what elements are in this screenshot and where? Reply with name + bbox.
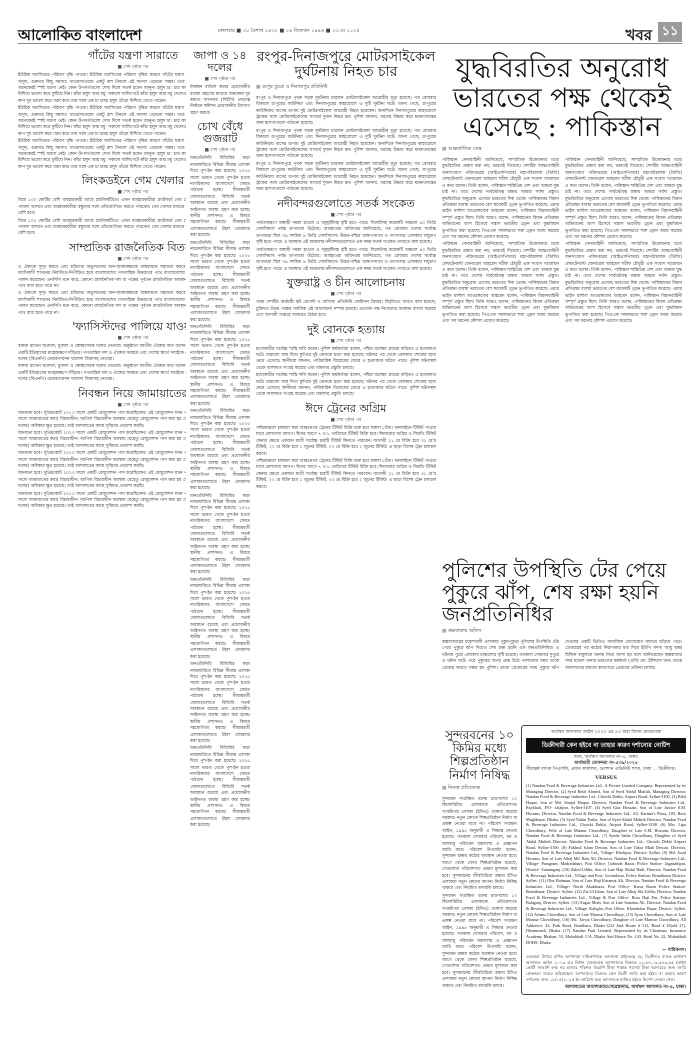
headline: চোখ বেঁধে গুজরাট (190, 121, 250, 145)
article-body: হত্যাকারীর সর্বোচ্চ শাস্তি দাবি করেন। পু… (256, 347, 436, 399)
headline: দুই বোনকে হত্যায় (256, 324, 436, 336)
headline: জাপা ও ১৪ দলের (190, 50, 250, 74)
lead-story: যুদ্ধবিরতির অনুরোধ ভারতের পক্ষ থেকেই এসে… (442, 46, 682, 546)
article-usa-china: যুক্তরাষ্ট্র ও চীন আলোচনায় ■ শেষ পৃষ্ঠা… (256, 277, 436, 319)
byline: আন্তর্জাতিক ডেস্ক (442, 146, 682, 154)
byline: রংপুর ব্যুরো ও দিনাজপুর প্রতিনিধি (256, 84, 436, 92)
article-body: কক্সবাজারের মহেশখালী এলাকায় পুকুরপুকুরে… (442, 640, 682, 720)
notice-signature: আদালতের আদেশক্রমে/সেরেস্তাদার, অর্থঋণ আদ… (526, 984, 686, 991)
continued-label: ■ শেষ পৃষ্ঠার পর (256, 291, 436, 298)
continued-label: ■ শেষ পৃষ্ঠার পর (190, 147, 250, 154)
notice-body: এতদ্বারা উপরে বর্ণিত আপনারা দায়িকগণকে জ… (526, 954, 686, 982)
notice-defendants: (1) Nandan Food & Beverage Industries Lt… (526, 783, 686, 945)
headline: পুলিশের উপস্থিতি টের পেয়ে পুকুরে ঝাঁপ, … (442, 559, 682, 625)
article-eid-train: ঈদে ট্রেনের অগ্রিম ■ শেষ পৃষ্ঠার পর পশ্চ… (256, 403, 436, 491)
article-body: পশ্চিমাঞ্চলে চলাচল করা আন্তঃনগর ট্রেনের … (256, 426, 436, 491)
article-body: পক্ষে দেশটির অর্থমন্ত্রী স্কট বেসেন্ট ও … (256, 300, 436, 319)
headline: সুন্দরবনের ১০ কিমির মধ্যে শিল্পপ্রতিষ্ঠা… (442, 729, 517, 782)
byline: নিজস্ব প্রতিবেদক (442, 785, 517, 793)
article-body: পার্বত্যকরণে অস্থায়ী দমকা হাওয়া ও বজ্র… (256, 221, 436, 273)
article-river: নদীবন্দরগুলোতে সতর্ক সংকেত ■ শেষ পৃষ্ঠার… (256, 198, 436, 273)
article-body: সুন্দরবন সংরক্ষিত বনের চারপাশের ১০ কিলোম… (442, 797, 517, 990)
headline: রংপুর-দিনাজপুরে মোটরসাইকেল দুর্ঘটনায় নি… (256, 50, 436, 81)
middle-column: রংপুর-দিনাজপুরে মোটরসাইকেল দুর্ঘটনায় নি… (256, 46, 436, 1046)
article-body: পাকিস্তান সেনাবাহিনী জানিয়েছে, সাম্প্রত… (442, 158, 682, 546)
notice-banner: ডিক্রীদারী কেন হইবে না তাহার কারণ দর্শান… (526, 738, 686, 753)
article-two-sisters: দুই বোনকে হত্যায় ■ শেষ পৃষ্ঠার পর হত্যা… (256, 324, 436, 399)
article-body: নিবন্ধন বাতিল করার প্রয়োজনীয় ব্যবস্থা … (190, 85, 250, 117)
article-gujarat: চোখ বেঁধে গুজরাট ■ শেষ পৃষ্ঠার পর জনপ্রত… (190, 121, 250, 829)
article-body: রংপুর ও দিনাজপুরে পৃথক সড়ক দুর্ঘটনায় চ… (256, 96, 436, 194)
legal-notice: অর্থঋণ আদালত আইন ২০০৩ এর ৫০ ধারা বিধান ম… (521, 725, 691, 995)
headline: ঈদে ট্রেনের অগ্রিম (256, 403, 436, 415)
story-police-pond: পুলিশের উপস্থিতি টের পেয়ে পুকুরে ঝাঁপ, … (442, 555, 682, 720)
notice-debtor-label: — দায়িকগণ। (526, 947, 686, 954)
article-rangpur: রংপুর-দিনাজপুরে মোটরসাইকেল দুর্ঘটনায় নি… (256, 50, 436, 194)
headline: নদীবন্দরগুলোতে সতর্ক সংকেত (256, 198, 436, 210)
continued-label: ■ শেষ পৃষ্ঠার পর (256, 417, 436, 424)
notice-versus: VERSUS (526, 775, 686, 781)
article-body: জনপ্রতিনিধি বিজিবির কড়া নজরদারিতে বিভিন… (190, 156, 250, 829)
continued-label: ■ শেষ পৃষ্ঠার পর (190, 76, 250, 83)
continued-label: ■ শেষ পৃষ্ঠার পর (256, 338, 436, 345)
masthead: আলোকিত বাংলাদেশ মঙ্গলবার ■ ৩০ বৈশাখ ১৪৩২… (18, 22, 682, 44)
article-japa: জাপা ও ১৪ দলের ■ শেষ পৃষ্ঠার পর নিবন্ধন … (190, 50, 250, 117)
narrow-column: জাপা ও ১৪ দলের ■ শেষ পৃষ্ঠার পর নিবন্ধন … (186, 46, 250, 1046)
page-number-badge: ১১ (658, 22, 682, 42)
lead-headline: যুদ্ধবিরতির অনুরোধ ভারতের পক্ষ থেকেই এসে… (442, 54, 682, 143)
headline: যুক্তরাষ্ট্র ও চীন আলোচনায় (256, 277, 436, 289)
story-sundarbans: সুন্দরবনের ১০ কিমির মধ্যে শিল্পপ্রতিষ্ঠা… (442, 725, 517, 1045)
notice-top-line: অর্থঋণ আদালত আইন ২০০৩ এর ৫০ ধারা বিধান ম… (526, 729, 686, 736)
byline: কক্সবাজার অফিস (442, 628, 682, 636)
dateline: মঙ্গলবার ■ ৩০ বৈশাখ ১৪৩২ ■ ১৪ জিলকদ ১৪৪৬… (218, 28, 360, 36)
continued-label: ■ শেষ পৃষ্ঠার পর (256, 212, 436, 219)
notice-plaintiff: সীমান্তর্ষ ব্যাংক পিএলসি, প্রধান কার্যাল… (526, 767, 686, 773)
